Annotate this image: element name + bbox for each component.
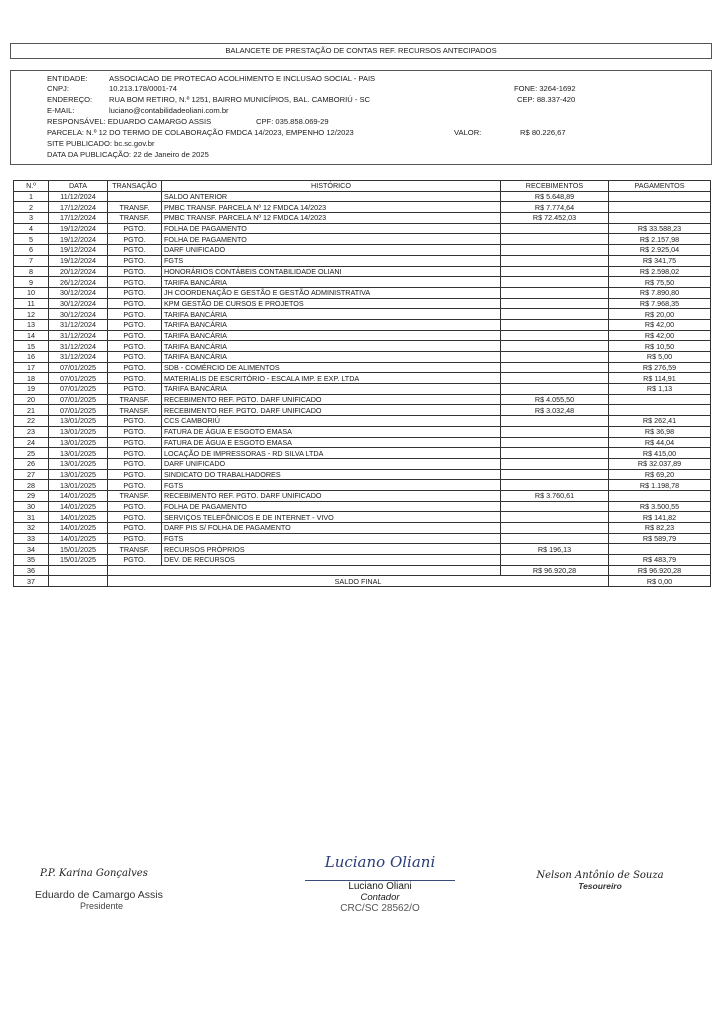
row-payment: R$ 415,00 <box>609 448 711 459</box>
row-date: 30/12/2024 <box>49 287 108 298</box>
row-number: 25 <box>14 448 49 459</box>
row-description: RECEBIMENTO REF. PGTO. DARF UNIFICADO <box>162 490 501 501</box>
row-receipt <box>501 330 609 341</box>
empty-cell <box>108 565 501 576</box>
row-transaction-type: PGTO. <box>108 512 162 523</box>
row-number: 29 <box>14 490 49 501</box>
row-date: 30/12/2024 <box>49 298 108 309</box>
fone-value: FONE: 3264-1692 <box>514 84 576 93</box>
col-header-numero: N.º <box>14 181 49 192</box>
row-number: 17 <box>14 362 49 373</box>
row-payment: R$ 589,79 <box>609 533 711 544</box>
row-number: 20 <box>14 394 49 405</box>
col-header-transacao: TRANSAÇÃO <box>108 181 162 192</box>
row-payment <box>609 394 711 405</box>
row-number: 16 <box>14 352 49 363</box>
row-date: 19/12/2024 <box>49 223 108 234</box>
table-row: 111/12/2024SALDO ANTERIORR$ 5.648,89 <box>14 191 711 202</box>
treasurer-role: Tesoureiro <box>510 881 690 891</box>
row-date: 17/12/2024 <box>49 202 108 213</box>
row-date: 13/01/2025 <box>49 437 108 448</box>
row-payment: R$ 141,82 <box>609 512 711 523</box>
row-number: 34 <box>14 544 49 555</box>
col-header-historico: HISTÓRICO <box>162 181 501 192</box>
row-description: LOCAÇÃO DE IMPRESSORAS - RD SILVA LTDA <box>162 448 501 459</box>
row-description: TARIFA BANCÁRIA <box>162 330 501 341</box>
final-balance-row: 37 SALDO FINAL R$ 0,00 <box>14 576 711 587</box>
row-transaction-type: PGTO. <box>108 416 162 427</box>
row-transaction-type: PGTO. <box>108 426 162 437</box>
row-date: 31/12/2024 <box>49 352 108 363</box>
empty-cell <box>49 576 108 587</box>
row-payment: R$ 69,20 <box>609 469 711 480</box>
accountant-signature: Luciano Oliani Luciano Oliani Contador C… <box>300 850 460 914</box>
row-date: 07/01/2025 <box>49 405 108 416</box>
row-payment <box>609 490 711 501</box>
row-transaction-type: PGTO. <box>108 448 162 459</box>
row-receipt <box>501 245 609 256</box>
row-number: 10 <box>14 287 49 298</box>
row-transaction-type: TRANSF. <box>108 490 162 501</box>
row-transaction-type: PGTO. <box>108 362 162 373</box>
row-transaction-type: TRANSF. <box>108 544 162 555</box>
row-description: FATURA DE ÁGUA E ESGOTO EMASA <box>162 437 501 448</box>
row-payment <box>609 191 711 202</box>
table-row: 820/12/2024PGTO.HONORÁRIOS CONTÁBEIS CON… <box>14 266 711 277</box>
row-date: 15/01/2025 <box>49 544 108 555</box>
row-transaction-type: PGTO. <box>108 469 162 480</box>
row-date: 07/01/2025 <box>49 373 108 384</box>
table-row: 3415/01/2025TRANSF.RECURSOS PRÓPRIOSR$ 1… <box>14 544 711 555</box>
row-receipt <box>501 480 609 491</box>
row-transaction-type: PGTO. <box>108 309 162 320</box>
endereco-value: RUA BOM RETIRO, N.º 1251, BAIRRO MUNICÍP… <box>109 95 370 104</box>
row-receipt <box>501 373 609 384</box>
row-description: FATURA DE ÁGUA E ESGOTO EMASA <box>162 426 501 437</box>
row-date: 07/01/2025 <box>49 394 108 405</box>
row-receipt <box>501 523 609 534</box>
treasurer-script-signature: Nelson Antônio de Souza <box>510 870 690 881</box>
row-receipt <box>501 352 609 363</box>
table-row: 2413/01/2025PGTO.FATURA DE ÁGUA E ESGOTO… <box>14 437 711 448</box>
row-payment: R$ 276,59 <box>609 362 711 373</box>
table-row: 3214/01/2025PGTO.DARF PIS S/ FOLHA DE PA… <box>14 523 711 534</box>
email-label: E-MAIL: <box>47 106 109 115</box>
row-number: 23 <box>14 426 49 437</box>
cpf-value: CPF: 035.858.069-29 <box>256 117 329 126</box>
row-date: 14/01/2025 <box>49 523 108 534</box>
row-description: PMBC TRANSF. PARCELA Nº 12 FMDCA 14/2023 <box>162 213 501 224</box>
endereco-label: ENDEREÇO: <box>47 95 109 104</box>
row-receipt: R$ 72.452,03 <box>501 213 609 224</box>
row-transaction-type: PGTO. <box>108 384 162 395</box>
row-receipt <box>501 223 609 234</box>
row-payment: R$ 75,50 <box>609 277 711 288</box>
row-description: FGTS <box>162 533 501 544</box>
row-transaction-type: TRANSF. <box>108 405 162 416</box>
row-description: DEV. DE RECURSOS <box>162 555 501 566</box>
row-transaction-type: PGTO. <box>108 298 162 309</box>
row-receipt: R$ 5.648,89 <box>501 191 609 202</box>
row-number: 11 <box>14 298 49 309</box>
row-payment: R$ 1.198,78 <box>609 480 711 491</box>
row-payment: R$ 82,23 <box>609 523 711 534</box>
row-payment: R$ 2.598,02 <box>609 266 711 277</box>
row-payment: R$ 10,50 <box>609 341 711 352</box>
table-row: 1531/12/2024PGTO.TARIFA BANCÁRIAR$ 10,50 <box>14 341 711 352</box>
row-receipt <box>501 512 609 523</box>
row-date: 13/01/2025 <box>49 458 108 469</box>
row-description: FGTS <box>162 480 501 491</box>
row-transaction-type: PGTO. <box>108 555 162 566</box>
row-receipt <box>501 266 609 277</box>
row-transaction-type: TRANSF. <box>108 202 162 213</box>
row-number: 21 <box>14 405 49 416</box>
row-payment: R$ 36,98 <box>609 426 711 437</box>
row-transaction-type: PGTO. <box>108 437 162 448</box>
site-value: SITE PUBLICADO: bc.sc.gov.br <box>47 139 154 148</box>
table-row: 619/12/2024PGTO.DARF UNIFICADOR$ 2.925,0… <box>14 245 711 256</box>
treasurer-signature: Nelson Antônio de Souza Tesoureiro <box>510 870 690 891</box>
cnpj-label: CNPJ: <box>47 84 109 93</box>
row-payment: R$ 7.890,80 <box>609 287 711 298</box>
row-transaction-type: PGTO. <box>108 255 162 266</box>
row-date: 31/12/2024 <box>49 341 108 352</box>
row-payment: R$ 2.157,98 <box>609 234 711 245</box>
row-receipt <box>501 234 609 245</box>
row-payment: R$ 42,00 <box>609 319 711 330</box>
responsavel-value: RESPONSÁVEL: EDUARDO CAMARGO ASSIS <box>47 117 211 126</box>
row-transaction-type: PGTO. <box>108 234 162 245</box>
row-description: SALDO ANTERIOR <box>162 191 501 202</box>
row-description: TARIFA BANCÁRIA <box>162 319 501 330</box>
table-row: 926/12/2024PGTO.TARIFA BANCÁRIAR$ 75,50 <box>14 277 711 288</box>
row-number: 30 <box>14 501 49 512</box>
table-row: 1631/12/2024PGTO.TARIFA BANCÁRIAR$ 5,00 <box>14 352 711 363</box>
data-publicacao-value: DATA DA PUBLICAÇÃO: 22 de Janeiro de 202… <box>47 150 209 159</box>
row-description: DARF UNIFICADO <box>162 245 501 256</box>
row-description: CCS CAMBORIÚ <box>162 416 501 427</box>
row-number: 15 <box>14 341 49 352</box>
table-row: 1431/12/2024PGTO.TARIFA BANCÁRIAR$ 42,00 <box>14 330 711 341</box>
accountant-name: Luciano Oliani <box>300 881 460 892</box>
table-row: 2914/01/2025TRANSF.RECEBIMENTO REF. PGTO… <box>14 490 711 501</box>
table-row: 1907/01/2025PGTO.TARIFA BANCÁRIAR$ 1,13 <box>14 384 711 395</box>
row-number: 36 <box>14 565 49 576</box>
row-receipt <box>501 362 609 373</box>
table-row: 2513/01/2025PGTO.LOCAÇÃO DE IMPRESSORAS … <box>14 448 711 459</box>
row-description: FOLHA DE PAGAMENTO <box>162 501 501 512</box>
row-payment <box>609 405 711 416</box>
accountant-role: Contador <box>300 892 460 903</box>
row-number: 1 <box>14 191 49 202</box>
row-payment: R$ 44,04 <box>609 437 711 448</box>
row-receipt <box>501 458 609 469</box>
col-header-pagamentos: PAGAMENTOS <box>609 181 711 192</box>
row-payment: R$ 20,00 <box>609 309 711 320</box>
row-date: 14/01/2025 <box>49 501 108 512</box>
row-number: 2 <box>14 202 49 213</box>
saldo-final-value: R$ 0,00 <box>609 576 711 587</box>
row-transaction-type: PGTO. <box>108 352 162 363</box>
row-receipt <box>501 255 609 266</box>
table-row: 1807/01/2025PGTO.MATERIALIS DE ESCRITÓRI… <box>14 373 711 384</box>
row-date: 13/01/2025 <box>49 480 108 491</box>
row-receipt <box>501 341 609 352</box>
row-date: 19/12/2024 <box>49 245 108 256</box>
row-date: 14/01/2025 <box>49 512 108 523</box>
table-row: 217/12/2024TRANSF.PMBC TRANSF. PARCELA N… <box>14 202 711 213</box>
row-transaction-type: PGTO. <box>108 458 162 469</box>
table-row: 2713/01/2025PGTO.SINDICATO DO TRABALHADO… <box>14 469 711 480</box>
row-receipt: R$ 3.032,48 <box>501 405 609 416</box>
row-payment <box>609 213 711 224</box>
table-row: 419/12/2024PGTO.FOLHA DE PAGAMENTOR$ 33.… <box>14 223 711 234</box>
accountant-script-signature: Luciano Oliani <box>300 850 460 874</box>
row-receipt <box>501 277 609 288</box>
table-row: 1707/01/2025PGTO.SDB - COMÉRCIO DE ALIME… <box>14 362 711 373</box>
row-payment: R$ 341,75 <box>609 255 711 266</box>
president-script-signature: P.P. Karina Gonçalves <box>40 868 185 879</box>
row-transaction-type: PGTO. <box>108 523 162 534</box>
row-payment: R$ 33.588,23 <box>609 223 711 234</box>
row-receipt: R$ 3.760,61 <box>501 490 609 501</box>
row-date: 17/12/2024 <box>49 213 108 224</box>
row-payment: R$ 114,91 <box>609 373 711 384</box>
row-transaction-type: PGTO. <box>108 277 162 288</box>
table-row: 1130/12/2024PGTO.KPM GESTÃO DE CURSOS E … <box>14 298 711 309</box>
ledger-body: 111/12/2024SALDO ANTERIORR$ 5.648,89217/… <box>14 191 711 565</box>
cnpj-row: CNPJ:10.213.178/0001-74 <box>47 84 177 93</box>
table-row: 3014/01/2025PGTO.FOLHA DE PAGAMENTOR$ 3.… <box>14 501 711 512</box>
row-description: TARIFA BANCÁRIA <box>162 309 501 320</box>
row-payment: R$ 42,00 <box>609 330 711 341</box>
row-date: 07/01/2025 <box>49 384 108 395</box>
table-row: 1230/12/2024PGTO.TARIFA BANCÁRIAR$ 20,00 <box>14 309 711 320</box>
row-date: 13/01/2025 <box>49 448 108 459</box>
row-payment: R$ 3.500,55 <box>609 501 711 512</box>
row-number: 37 <box>14 576 49 587</box>
row-date: 26/12/2024 <box>49 277 108 288</box>
row-description: RECEBIMENTO REF. PGTO. DARF UNIFICADO <box>162 394 501 405</box>
parcela-value: PARCELA: N.º 12 DO TERMO DE COLABORAÇÃO … <box>47 128 354 137</box>
row-number: 5 <box>14 234 49 245</box>
row-number: 33 <box>14 533 49 544</box>
row-description: TARIFA BANCÁRIA <box>162 384 501 395</box>
row-transaction-type: PGTO. <box>108 480 162 491</box>
row-number: 14 <box>14 330 49 341</box>
row-receipt <box>501 384 609 395</box>
row-transaction-type: PGTO. <box>108 533 162 544</box>
row-description: TARIFA BANCÁRIA <box>162 277 501 288</box>
row-description: PMBC TRANSF. PARCELA Nº 12 FMDCA 14/2023 <box>162 202 501 213</box>
row-description: RECEBIMENTO REF. PGTO. DARF UNIFICADO <box>162 405 501 416</box>
table-header-row: N.º DATA TRANSAÇÃO HISTÓRICO RECEBIMENTO… <box>14 181 711 192</box>
accountant-crc: CRC/SC 28562/O <box>300 903 460 914</box>
row-receipt <box>501 501 609 512</box>
total-recebimentos: R$ 96.920,28 <box>501 565 609 576</box>
row-transaction-type: PGTO. <box>108 287 162 298</box>
row-number: 12 <box>14 309 49 320</box>
row-receipt <box>501 416 609 427</box>
row-number: 28 <box>14 480 49 491</box>
row-payment: R$ 483,79 <box>609 555 711 566</box>
row-receipt: R$ 196,13 <box>501 544 609 555</box>
valor-label: VALOR: <box>454 128 481 137</box>
row-date: 31/12/2024 <box>49 330 108 341</box>
row-payment: R$ 7.968,35 <box>609 298 711 309</box>
president-role: Presidente <box>80 901 185 911</box>
row-date: 13/01/2025 <box>49 416 108 427</box>
row-description: RECURSOS PRÓPRIOS <box>162 544 501 555</box>
email-value: luciano@contabilidadeoliani.com.br <box>109 106 229 115</box>
row-transaction-type: PGTO. <box>108 373 162 384</box>
row-receipt <box>501 533 609 544</box>
table-row: 2213/01/2025PGTO.CCS CAMBORIÚR$ 262,41 <box>14 416 711 427</box>
table-row: 2007/01/2025TRANSF.RECEBIMENTO REF. PGTO… <box>14 394 711 405</box>
row-transaction-type: TRANSF. <box>108 394 162 405</box>
row-description: TARIFA BANCÁRIA <box>162 352 501 363</box>
row-transaction-type: PGTO. <box>108 319 162 330</box>
row-description: TARIFA BANCÁRIA <box>162 341 501 352</box>
row-description: JH COORDENAÇÃO E GESTÃO E GESTÃO ADMINIS… <box>162 287 501 298</box>
row-date: 13/01/2025 <box>49 426 108 437</box>
row-receipt <box>501 448 609 459</box>
row-transaction-type: PGTO. <box>108 341 162 352</box>
row-date: 14/01/2025 <box>49 533 108 544</box>
empty-cell <box>49 565 108 576</box>
row-number: 19 <box>14 384 49 395</box>
total-pagamentos: R$ 96.920,28 <box>609 565 711 576</box>
row-date: 14/01/2025 <box>49 490 108 501</box>
row-description: FOLHA DE PAGAMENTO <box>162 223 501 234</box>
row-transaction-type: PGTO. <box>108 223 162 234</box>
table-row: 2813/01/2025PGTO.FGTSR$ 1.198,78 <box>14 480 711 491</box>
row-number: 18 <box>14 373 49 384</box>
row-transaction-type: PGTO. <box>108 245 162 256</box>
row-receipt <box>501 469 609 480</box>
row-date: 07/01/2025 <box>49 362 108 373</box>
row-description: SDB - COMÉRCIO DE ALIMENTOS <box>162 362 501 373</box>
row-receipt: R$ 7.774,64 <box>501 202 609 213</box>
table-row: 3114/01/2025PGTO.SERVIÇOS TELEFÔNICOS E … <box>14 512 711 523</box>
row-number: 4 <box>14 223 49 234</box>
row-date: 20/12/2024 <box>49 266 108 277</box>
table-row: 519/12/2024PGTO.FOLHA DE PAGAMENTOR$ 2.1… <box>14 234 711 245</box>
row-number: 13 <box>14 319 49 330</box>
table-row: 317/12/2024TRANSF.PMBC TRANSF. PARCELA N… <box>14 213 711 224</box>
table-row: 2313/01/2025PGTO.FATURA DE ÁGUA E ESGOTO… <box>14 426 711 437</box>
table-row: 3515/01/2025PGTO.DEV. DE RECURSOSR$ 483,… <box>14 555 711 566</box>
president-signature: P.P. Karina Gonçalves Eduardo de Camargo… <box>35 868 185 911</box>
row-date: 19/12/2024 <box>49 255 108 266</box>
row-receipt: R$ 4.055,50 <box>501 394 609 405</box>
row-receipt <box>501 555 609 566</box>
row-transaction-type: PGTO. <box>108 501 162 512</box>
row-description: DARF PIS S/ FOLHA DE PAGAMENTO <box>162 523 501 534</box>
row-description: HONORÁRIOS CONTÁBEIS CONTABILIDADE OLIAN… <box>162 266 501 277</box>
valor-value: R$ 80.226,67 <box>520 128 566 137</box>
row-number: 22 <box>14 416 49 427</box>
row-transaction-type: TRANSF. <box>108 213 162 224</box>
cep-value: CEP: 88.337-420 <box>517 95 575 104</box>
col-header-recebimentos: RECEBIMENTOS <box>501 181 609 192</box>
row-payment: R$ 262,41 <box>609 416 711 427</box>
row-description: MATERIALIS DE ESCRITÓRIO - ESCALA IMP. E… <box>162 373 501 384</box>
row-receipt <box>501 319 609 330</box>
row-payment <box>609 202 711 213</box>
endereco-row: ENDEREÇO:RUA BOM RETIRO, N.º 1251, BAIRR… <box>47 95 370 104</box>
president-name: Eduardo de Camargo Assis <box>35 889 185 901</box>
row-number: 24 <box>14 437 49 448</box>
row-number: 31 <box>14 512 49 523</box>
row-number: 7 <box>14 255 49 266</box>
row-date: 31/12/2024 <box>49 319 108 330</box>
email-row: E-MAIL:luciano@contabilidadeoliani.com.b… <box>47 106 229 115</box>
table-row: 1331/12/2024PGTO.TARIFA BANCÁRIAR$ 42,00 <box>14 319 711 330</box>
document-title: BALANCETE DE PRESTAÇÃO DE CONTAS REF. RE… <box>10 43 712 59</box>
row-transaction-type: PGTO. <box>108 266 162 277</box>
row-payment <box>609 544 711 555</box>
row-date: 11/12/2024 <box>49 191 108 202</box>
entidade-value: ASSOCIACAO DE PROTECAO ACOLHIMENTO E INC… <box>109 74 375 83</box>
row-payment: R$ 2.925,04 <box>609 245 711 256</box>
row-description: SERVIÇOS TELEFÔNICOS E DE INTERNET - VIV… <box>162 512 501 523</box>
row-date: 13/01/2025 <box>49 469 108 480</box>
entity-info-box: ENTIDADE:ASSOCIACAO DE PROTECAO ACOLHIME… <box>10 70 712 165</box>
row-payment: R$ 1,13 <box>609 384 711 395</box>
row-number: 27 <box>14 469 49 480</box>
row-number: 6 <box>14 245 49 256</box>
row-receipt <box>501 309 609 320</box>
cnpj-value: 10.213.178/0001-74 <box>109 84 177 93</box>
row-description: FOLHA DE PAGAMENTO <box>162 234 501 245</box>
entidade-label: ENTIDADE: <box>47 74 109 83</box>
table-row: 3314/01/2025PGTO.FGTSR$ 589,79 <box>14 533 711 544</box>
row-payment: R$ 5,00 <box>609 352 711 363</box>
saldo-final-label: SALDO FINAL <box>108 576 609 587</box>
table-row: 719/12/2024PGTO.FGTSR$ 341,75 <box>14 255 711 266</box>
row-number: 26 <box>14 458 49 469</box>
row-number: 32 <box>14 523 49 534</box>
table-row: 2107/01/2025TRANSF.RECEBIMENTO REF. PGTO… <box>14 405 711 416</box>
row-date: 19/12/2024 <box>49 234 108 245</box>
row-description: KPM GESTÃO DE CURSOS E PROJETOS <box>162 298 501 309</box>
row-transaction-type: PGTO. <box>108 330 162 341</box>
row-number: 8 <box>14 266 49 277</box>
row-number: 35 <box>14 555 49 566</box>
totals-row: 36 R$ 96.920,28 R$ 96.920,28 <box>14 565 711 576</box>
row-receipt <box>501 298 609 309</box>
row-number: 9 <box>14 277 49 288</box>
col-header-data: DATA <box>49 181 108 192</box>
row-receipt <box>501 426 609 437</box>
row-number: 3 <box>14 213 49 224</box>
row-receipt <box>501 437 609 448</box>
table-row: 2613/01/2025PGTO.DARF UNIFICADOR$ 32.037… <box>14 458 711 469</box>
entidade-row: ENTIDADE:ASSOCIACAO DE PROTECAO ACOLHIME… <box>47 74 375 83</box>
row-payment: R$ 32.037,89 <box>609 458 711 469</box>
table-row: 1030/12/2024PGTO.JH COORDENAÇÃO E GESTÃO… <box>14 287 711 298</box>
row-description: DARF UNIFICADO <box>162 458 501 469</box>
row-receipt <box>501 287 609 298</box>
row-date: 30/12/2024 <box>49 309 108 320</box>
row-description: SINDICATO DO TRABALHADORES <box>162 469 501 480</box>
row-date: 15/01/2025 <box>49 555 108 566</box>
row-transaction-type <box>108 191 162 202</box>
row-description: FGTS <box>162 255 501 266</box>
ledger-table: N.º DATA TRANSAÇÃO HISTÓRICO RECEBIMENTO… <box>13 180 711 587</box>
